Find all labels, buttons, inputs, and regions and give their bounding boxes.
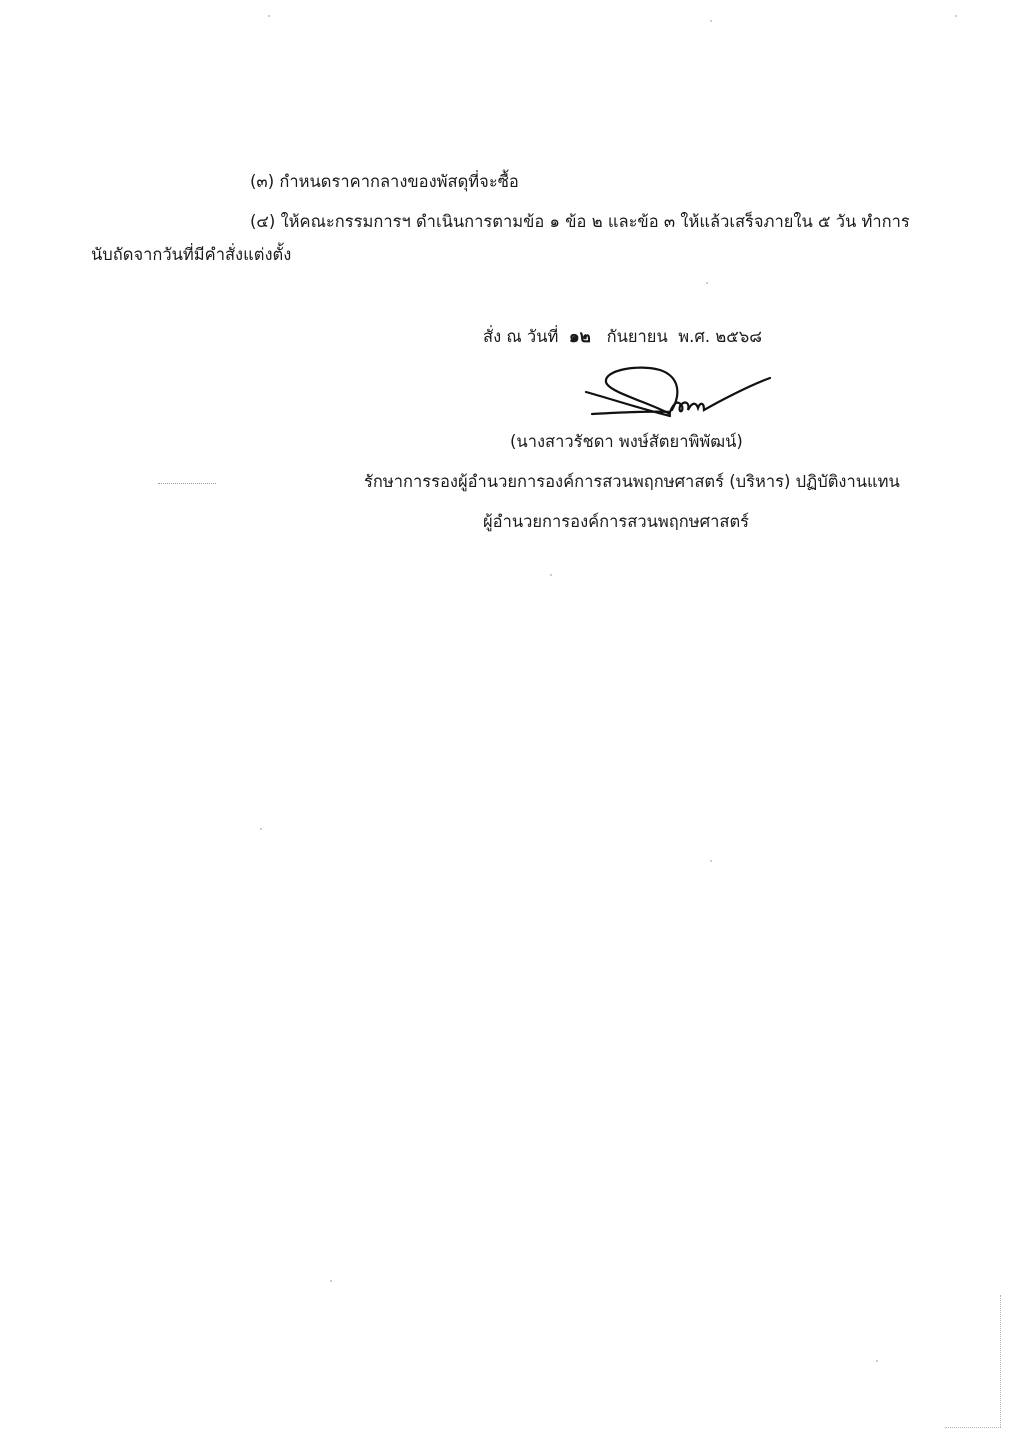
scan-speck	[268, 15, 270, 17]
signatory-position-line-2: ผู้อำนวยการองค์การสวนพฤกษศาสตร์	[483, 510, 749, 534]
scan-speck	[710, 20, 712, 22]
item-3-text: (๓) กำหนดราคากลางของพัสดุที่จะซื้อ	[250, 170, 519, 194]
scan-speck	[550, 574, 552, 576]
order-date-month: กันยายน	[607, 327, 668, 346]
scan-speck	[330, 1280, 332, 1282]
scan-speck	[710, 860, 712, 862]
item-4-line-1: (๔) ให้คณะกรรมการฯ ดำเนินการตามข้อ ๑ ข้อ…	[250, 210, 910, 234]
dotted-mark	[158, 483, 216, 484]
document-page: (๓) กำหนดราคากลางของพัสดุที่จะซื้อ (๔) ใ…	[0, 0, 1013, 1433]
scan-speck	[260, 828, 262, 830]
order-date-prefix: สั่ง ณ วันที่	[483, 327, 558, 346]
scan-speck	[876, 1360, 878, 1362]
scan-border-bottom	[945, 1427, 1001, 1428]
order-date-day: ๑๒	[569, 327, 591, 347]
scan-border-right	[1000, 1295, 1001, 1427]
item-4-line-2: นับถัดจากวันที่มีคำสั่งแต่งตั้ง	[91, 243, 291, 267]
order-date-year: ๒๕๖๘	[715, 327, 762, 346]
scan-speck	[955, 15, 957, 17]
signatory-name: (นางสาวรัชดา พงษ์สัตยาพิพัฒน์)	[510, 430, 743, 454]
signatory-position-line-1: รักษาการรองผู้อำนวยการองค์การสวนพฤกษศาสต…	[364, 470, 900, 494]
order-date: สั่ง ณ วันที่ ๑๒ กันยายน พ.ศ. ๒๕๖๘	[483, 325, 762, 349]
order-date-era: พ.ศ.	[678, 327, 710, 346]
handwritten-signature-icon	[578, 362, 778, 424]
scan-speck	[706, 282, 708, 284]
